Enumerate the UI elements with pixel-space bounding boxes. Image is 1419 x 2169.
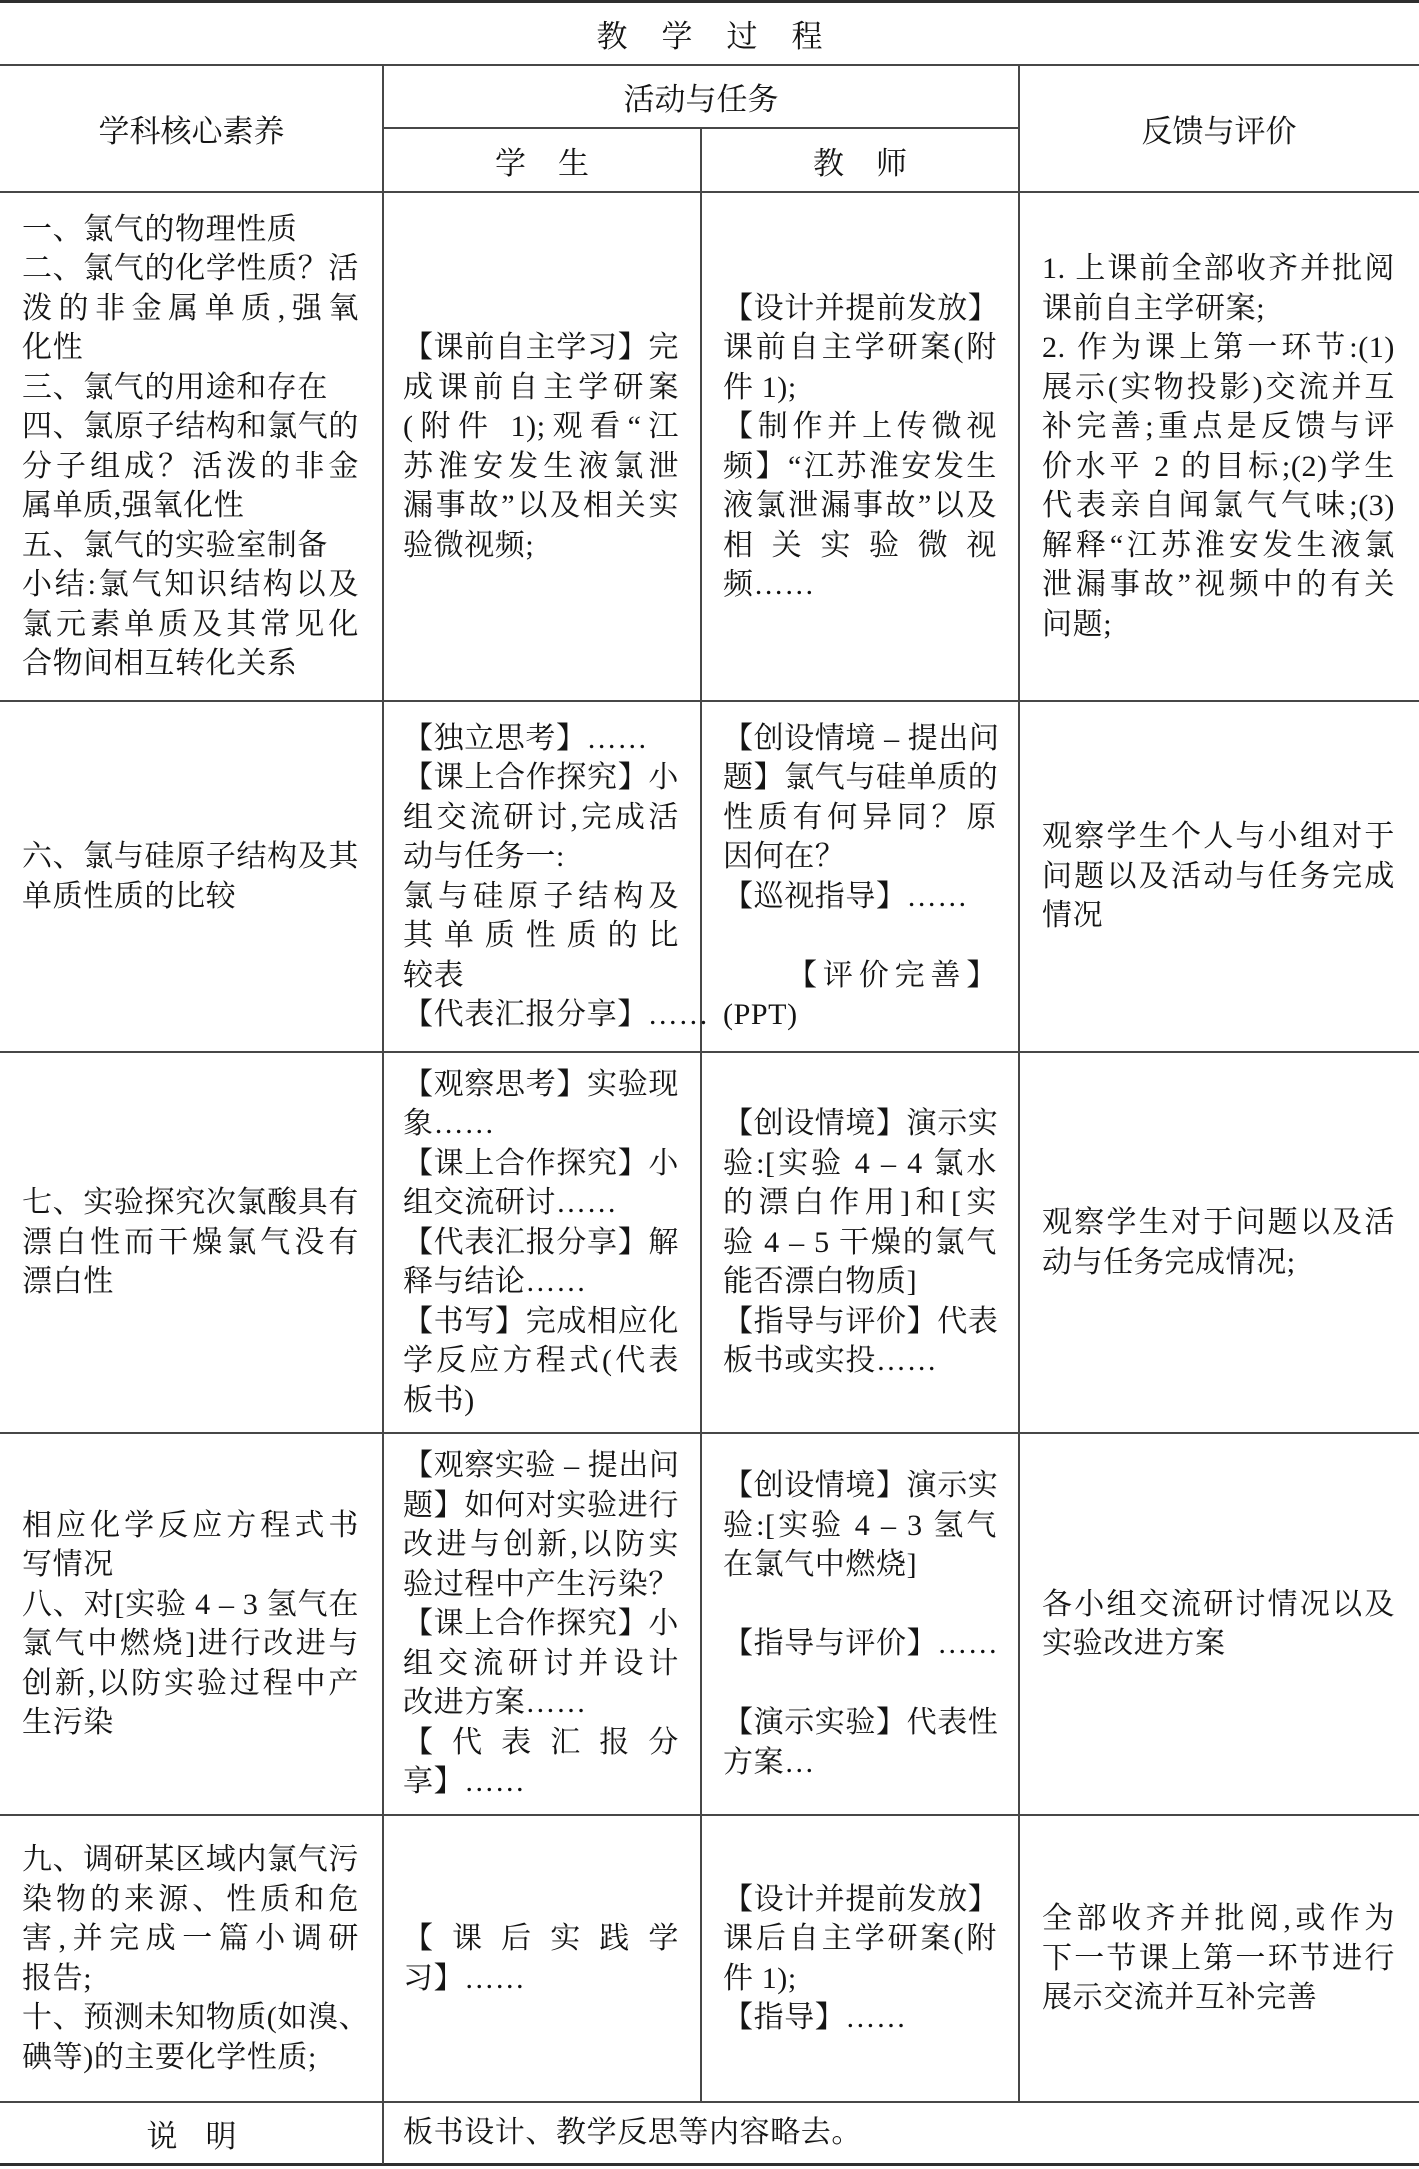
- text-line: 【代表汇报分享】……: [403, 995, 679, 1035]
- text-line: 碘等)的主要化学性质;: [22, 2038, 359, 2078]
- text-line: 问题;: [1042, 605, 1395, 645]
- teaching-process-table: 教学过程 学科核心素养 活动与任务 学生 教师 反馈与评价 一、氯气的物理性质 …: [0, 0, 1419, 2169]
- text-line: 频】“江苏淮安发生: [723, 447, 997, 487]
- text-line: 【巡视指导】……: [723, 877, 997, 917]
- table-title-cell: 教学过程: [0, 3, 1419, 64]
- text-line: 【书写】完成相应化: [403, 1302, 679, 1342]
- row-3-student-cell: 【观察思考】实验现 象…… 【课上合作探究】小 组交流研讨…… 【代表汇报分享】…: [383, 1053, 701, 1432]
- text-line: 漂白性而干燥氯气没有: [22, 1223, 359, 1263]
- text-line: 实验改进方案: [1042, 1624, 1395, 1664]
- note-label: 说明: [119, 2111, 265, 2156]
- text-line: 解释“江苏淮安发生液氯: [1042, 526, 1395, 566]
- text-line: 改进方案……: [403, 1683, 679, 1723]
- text-line: 【创设情境】演示实: [723, 1466, 997, 1506]
- text-line: 性质有何异同？原: [723, 798, 997, 838]
- text-line: 动与任务完成情况;: [1042, 1243, 1395, 1283]
- text-line: (附件 1);观看“江: [403, 407, 679, 447]
- text-line: 全部收齐并批阅,或作为: [1042, 1899, 1395, 1939]
- text-line: 创新,以防实验过程中产: [22, 1664, 359, 1704]
- text-line: 1. 上课前全部收齐并批阅: [1042, 249, 1395, 289]
- text-line: 观察学生对于问题以及活: [1042, 1203, 1395, 1243]
- text-line: 氯气中燃烧]进行改进与: [22, 1624, 359, 1664]
- text-line: 课后自主学研案(附: [723, 1919, 997, 1959]
- text-line: 【设计并提前发放】: [723, 289, 997, 329]
- row-4-core-cell: 相应化学反应方程式书 写情况 八、对[实验 4 – 3 氢气在 氯气中燃烧]进行…: [0, 1434, 383, 1814]
- text-line: 验 4 – 5 干燥的氯气: [723, 1223, 997, 1263]
- text-line: 三、氯气的用途和存在: [22, 368, 359, 408]
- text-line: 组交流研讨并设计: [403, 1644, 679, 1684]
- text-line: 氯元素单质及其常见化: [22, 605, 359, 645]
- text-line: 验:[实验 4 – 4 氯水: [723, 1144, 997, 1184]
- text-line: 板书): [403, 1381, 679, 1421]
- text-line: 【指导与评价】……: [723, 1624, 997, 1664]
- text-line: 相关实验微视: [723, 526, 997, 566]
- text-line: 【观察实验 – 提出问: [403, 1446, 679, 1486]
- text-line: 较表: [403, 956, 679, 996]
- header-student-label: 学生: [463, 138, 621, 183]
- text-line: 写情况: [22, 1545, 359, 1585]
- header-core-competency: 学科核心素养: [0, 66, 383, 191]
- text-line: 二、氯气的化学性质？活: [22, 249, 359, 289]
- header-feedback-evaluation-label: 反馈与评价: [1142, 106, 1297, 151]
- text-line: 四、氯原子结构和氯气的: [22, 407, 359, 447]
- text-line: 小结:氯气知识结构以及: [22, 565, 359, 605]
- note-label-cell: 说明: [0, 2103, 383, 2163]
- row-2-core-cell: 六、氯与硅原子结构及其 单质性质的比较: [0, 702, 383, 1051]
- text-line: 【课上合作探究】小: [403, 758, 679, 798]
- header-activities-tasks: 活动与任务: [383, 66, 1019, 127]
- text-line: 【代表汇报分: [403, 1723, 679, 1763]
- text-line: 价水平 2 的目标;(2)学生: [1042, 447, 1395, 487]
- text-line: 氯与硅原子结构及: [403, 877, 679, 917]
- text-line: 【创设情境 – 提出问: [723, 719, 997, 759]
- text-line: 享】……: [403, 1762, 679, 1802]
- header-core-competency-label: 学科核心素养: [99, 106, 285, 151]
- text-line: 下一节课上第一环节进行: [1042, 1939, 1395, 1979]
- header-student: 学生: [383, 129, 701, 191]
- text-line: 属单质,强氧化性: [22, 486, 359, 526]
- text-line: 五、氯气的实验室制备: [22, 526, 359, 566]
- text-line: (PPT): [723, 995, 997, 1035]
- table-bottom-border: [0, 2163, 1419, 2166]
- blank-line: [723, 1664, 997, 1704]
- row-2-teacher-cell: 【创设情境 – 提出问 题】氯气与硅单质的 性质有何异同？原 因何在？ 【巡视指…: [701, 702, 1019, 1051]
- text-line: 单质性质的比较: [22, 877, 359, 917]
- header-teacher-label: 教师: [781, 138, 939, 183]
- text-line: 合物间相互转化关系: [22, 644, 359, 684]
- text-line: 苏淮安发生液氯泄: [403, 447, 679, 487]
- row-1-core-cell: 一、氯气的物理性质 二、氯气的化学性质？活 泼的非金属单质,强氧 化性 三、氯气…: [0, 193, 383, 700]
- text-line: 在氯气中燃烧]: [723, 1545, 997, 1585]
- text-line: 验:[实验 4 – 3 氢气: [723, 1506, 997, 1546]
- text-line: 学反应方程式(代表: [403, 1341, 679, 1381]
- text-line: 因何在？: [723, 837, 997, 877]
- text-line: 验微视频;: [403, 526, 679, 566]
- text-line: 七、实验探究次氯酸具有: [22, 1183, 359, 1223]
- text-line: 展示(实物投影)交流并互: [1042, 368, 1395, 408]
- text-line: 漏事故”以及相关实: [403, 486, 679, 526]
- note-text-cell: 板书设计、教学反思等内容略去。: [383, 2103, 1419, 2163]
- row-2-feedback-cell: 观察学生个人与小组对于 问题以及活动与任务完成 情况: [1019, 702, 1419, 1051]
- text-line: 九、调研某区域内氯气污: [22, 1840, 359, 1880]
- text-line: 各小组交流研讨情况以及: [1042, 1585, 1395, 1625]
- text-line: 代表亲自闻氯气气味;(3): [1042, 486, 1395, 526]
- text-line: 泄漏事故”视频中的有关: [1042, 565, 1395, 605]
- text-line: 课前自主学研案(附: [723, 328, 997, 368]
- text-line: 释与结论……: [403, 1262, 679, 1302]
- row-5-feedback-cell: 全部收齐并批阅,或作为 下一节课上第一环节进行 展示交流并互补完善: [1019, 1816, 1419, 2101]
- text-line: 报告;: [22, 1959, 359, 1999]
- text-line: 【观察思考】实验现: [403, 1065, 679, 1105]
- row-1-feedback-cell: 1. 上课前全部收齐并批阅 课前自主学研案; 2. 作为课上第一环节:(1) 展…: [1019, 193, 1419, 700]
- header-teacher: 教师: [701, 129, 1019, 191]
- text-line: 补完善;重点是反馈与评: [1042, 407, 1395, 447]
- text-line: 象……: [403, 1104, 679, 1144]
- text-line: 十、预测未知物质(如溴、: [22, 1998, 359, 2038]
- text-line: 【制作并上传微视: [723, 407, 997, 447]
- text-line: 分子组成？活泼的非金: [22, 447, 359, 487]
- text-line: 频……: [723, 565, 997, 605]
- row-5-teacher-cell: 【设计并提前发放】 课后自主学研案(附 件 1); 【指导】……: [701, 1816, 1019, 2101]
- row-4-student-cell: 【观察实验 – 提出问 题】如何对实验进行 改进与创新,以防实 验过程中产生污染…: [383, 1434, 701, 1814]
- blank-line: [723, 916, 997, 956]
- row-3-core-cell: 七、实验探究次氯酸具有 漂白性而干燥氯气没有 漂白性: [0, 1053, 383, 1432]
- text-line: 染物的来源、性质和危: [22, 1880, 359, 1920]
- text-line: 问题以及活动与任务完成: [1042, 857, 1395, 897]
- note-text: 板书设计、教学反思等内容略去。: [403, 2113, 1419, 2153]
- text-line: 【独立思考】……: [403, 719, 679, 759]
- text-line: 【指导与评价】代表: [723, 1302, 997, 1342]
- text-line: 【课上合作探究】小: [403, 1604, 679, 1644]
- text-line: 课前自主学研案;: [1042, 289, 1395, 329]
- text-line: 【代表汇报分享】解: [403, 1223, 679, 1263]
- text-line: 【演示实验】代表性: [723, 1703, 997, 1743]
- text-line: 组交流研讨……: [403, 1183, 679, 1223]
- text-line: 一、氯气的物理性质: [22, 210, 359, 250]
- text-line: 的漂白作用]和[实: [723, 1183, 997, 1223]
- text-line: 泼的非金属单质,强氧: [22, 289, 359, 329]
- text-line: 【课上合作探究】小: [403, 1144, 679, 1184]
- text-line: 八、对[实验 4 – 3 氢气在: [22, 1585, 359, 1625]
- text-line: 液氯泄漏事故”以及: [723, 486, 997, 526]
- text-line: 情况: [1042, 896, 1395, 936]
- text-line: 【指导】……: [723, 1998, 997, 2038]
- row-2-student-cell: 【独立思考】…… 【课上合作探究】小 组交流研讨,完成活 动与任务一: 氯与硅原…: [383, 702, 701, 1051]
- row-3-feedback-cell: 观察学生对于问题以及活 动与任务完成情况;: [1019, 1053, 1419, 1432]
- text-line: 观察学生个人与小组对于: [1042, 817, 1395, 857]
- text-line: 害,并完成一篇小调研: [22, 1919, 359, 1959]
- text-line: 习】……: [403, 1959, 679, 1999]
- text-line: 【创设情境】演示实: [723, 1104, 997, 1144]
- text-line: 【课前自主学习】完: [403, 328, 679, 368]
- text-line: 【评价完善】: [723, 956, 997, 996]
- header-feedback-evaluation: 反馈与评价: [1019, 66, 1419, 191]
- row-4-teacher-cell: 【创设情境】演示实 验:[实验 4 – 3 氢气 在氯气中燃烧] 【指导与评价】…: [701, 1434, 1019, 1814]
- text-line: 展示交流并互补完善: [1042, 1978, 1395, 2018]
- text-line: 动与任务一:: [403, 837, 679, 877]
- text-line: 题】如何对实验进行: [403, 1486, 679, 1526]
- text-line: 验过程中产生污染？: [403, 1565, 679, 1605]
- text-line: 其单质性质的比: [403, 916, 679, 956]
- text-line: 成课前自主学研案: [403, 368, 679, 408]
- text-line: 【设计并提前发放】: [723, 1880, 997, 1920]
- text-line: 2. 作为课上第一环节:(1): [1042, 328, 1395, 368]
- text-line: 组交流研讨,完成活: [403, 798, 679, 838]
- row-5-core-cell: 九、调研某区域内氯气污 染物的来源、性质和危 害,并完成一篇小调研 报告; 十、…: [0, 1816, 383, 2101]
- text-line: 件 1);: [723, 1959, 997, 1999]
- blank-line: [723, 1585, 997, 1625]
- text-line: 漂白性: [22, 1262, 359, 1302]
- row-3-teacher-cell: 【创设情境】演示实 验:[实验 4 – 4 氯水 的漂白作用]和[实 验 4 –…: [701, 1053, 1019, 1432]
- row-1-teacher-cell: 【设计并提前发放】 课前自主学研案(附 件 1); 【制作并上传微视 频】“江苏…: [701, 193, 1019, 700]
- row-4-feedback-cell: 各小组交流研讨情况以及 实验改进方案: [1019, 1434, 1419, 1814]
- text-line: 生污染: [22, 1703, 359, 1743]
- text-line: 六、氯与硅原子结构及其: [22, 837, 359, 877]
- text-line: 相应化学反应方程式书: [22, 1506, 359, 1546]
- text-line: 题】氯气与硅单质的: [723, 758, 997, 798]
- row-1-student-cell: 【课前自主学习】完 成课前自主学研案 (附件 1);观看“江 苏淮安发生液氯泄 …: [383, 193, 701, 700]
- text-line: 【课后实践学: [403, 1919, 679, 1959]
- text-line: 方案…: [723, 1743, 997, 1783]
- row-5-student-cell: 【课后实践学 习】……: [383, 1816, 701, 2101]
- text-line: 化性: [22, 328, 359, 368]
- text-line: 板书或实投……: [723, 1341, 997, 1381]
- header-activities-tasks-label: 活动与任务: [624, 74, 779, 119]
- text-line: 件 1);: [723, 368, 997, 408]
- text-line: 能否漂白物质]: [723, 1262, 997, 1302]
- table-title: 教学过程: [563, 11, 857, 56]
- text-line: 改进与创新,以防实: [403, 1525, 679, 1565]
